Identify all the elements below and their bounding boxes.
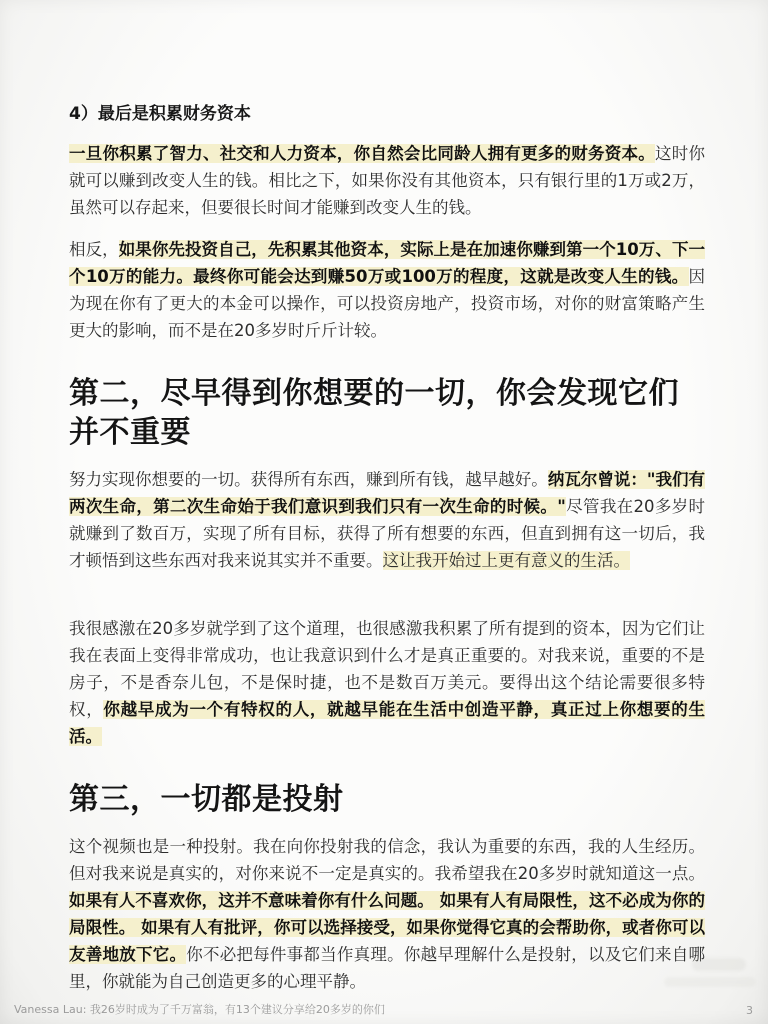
paragraph: 我很感激在20多岁就学到了这个道理，也很感激我积累了所有提到的资本，因为它们让我… bbox=[69, 615, 705, 750]
paragraph: 努力实现你想要的一切。获得所有东西，赚到所有钱，越早越好。纳瓦尔曾说："我们有两… bbox=[69, 466, 705, 574]
document-page: 4）最后是积累财务资本一旦你积累了智力、社交和人力资本，你自然会比同龄人拥有更多… bbox=[0, 0, 768, 1024]
section-heading: 第二，尽早得到你想要的一切，你会发现它们并不重要 bbox=[69, 374, 705, 452]
text-run: 相反， bbox=[69, 240, 119, 259]
watermark-logo bbox=[692, 958, 746, 971]
paragraph: 一旦你积累了智力、社交和人力资本，你自然会比同龄人拥有更多的财务资本。这时你就可… bbox=[69, 140, 705, 221]
section-heading: 第三，一切都是投射 bbox=[69, 780, 705, 819]
highlighted-text-run: 这让我开始过上更有意义的生活。 bbox=[383, 551, 631, 570]
watermark-id bbox=[664, 977, 756, 987]
page-number: 3 bbox=[746, 1004, 753, 1017]
section-subheading: 4）最后是积累财务资本 bbox=[69, 102, 705, 126]
footer-caption: Vanessa Lau: 我26岁时成为了千万富翁，有13个建议分享给20多岁的… bbox=[14, 1001, 385, 1017]
article: 4）最后是积累财务资本一旦你积累了智力、社交和人力资本，你自然会比同龄人拥有更多… bbox=[69, 102, 705, 1010]
paragraph-gap bbox=[69, 589, 705, 615]
highlighted-text-run: 如果你先投资自己，先积累其他资本，实际上是在加速你赚到第一个10万、下一个10万… bbox=[69, 240, 705, 286]
text-run: 努力实现你想要的一切。获得所有东西，赚到所有钱，越早越好。 bbox=[69, 470, 548, 489]
paragraph: 相反，如果你先投资自己，先积累其他资本，实际上是在加速你赚到第一个10万、下一个… bbox=[69, 236, 705, 344]
highlighted-text-run: 一旦你积累了智力、社交和人力资本，你自然会比同龄人拥有更多的财务资本。 bbox=[69, 144, 655, 163]
highlighted-text-run: 你越早成为一个有特权的人，就越早能在生活中创造平静，真正过上你想要的生活。 bbox=[69, 700, 705, 746]
text-run: 这个视频也是一种投射。我在向你投射我的信念，我认为重要的东西，我的人生经历。但对… bbox=[69, 837, 705, 883]
watermark bbox=[664, 958, 760, 994]
paragraph: 这个视频也是一种投射。我在向你投射我的信念，我认为重要的东西，我的人生经历。但对… bbox=[69, 833, 705, 995]
